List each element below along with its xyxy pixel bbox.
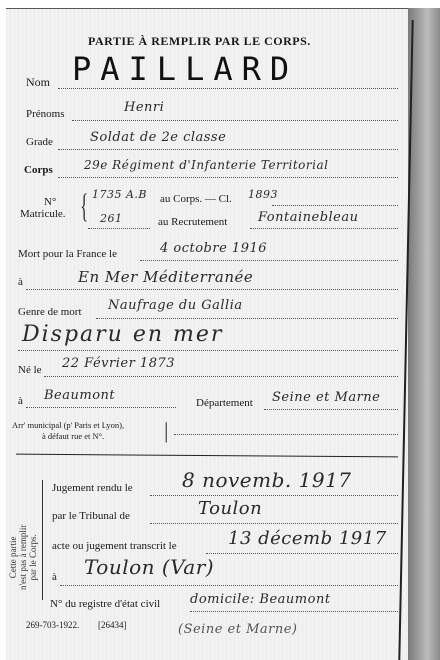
nom-label: Nom: [26, 75, 50, 90]
matricule-label: Matricule.: [20, 208, 66, 220]
arrondissement-line: [174, 434, 398, 435]
mort-a-value: En Mer Méditerranée: [78, 268, 253, 286]
tribunal-label: par le Tribunal de: [52, 510, 130, 522]
mort-a-line: [26, 289, 398, 290]
ne-le-label: Né le: [18, 364, 42, 376]
print-code: [26434]: [98, 620, 127, 630]
prenoms-line: [72, 120, 398, 121]
mort-le-value: 4 octobre 1916: [160, 241, 267, 256]
ne-a-label: à: [18, 395, 23, 407]
registre-line: [190, 611, 398, 612]
prenoms-label: Prénoms: [26, 108, 65, 120]
arrondissement-label-1: Arr' municipal (p' Paris et Lyon),: [12, 420, 124, 430]
mort-le-label: Mort pour la France le: [18, 248, 117, 260]
departement-label: Département: [196, 397, 253, 409]
transcrit-value: 13 décemb 1917: [228, 528, 387, 549]
prenoms-value: Henri: [124, 100, 164, 115]
side-note-line-3: par le Corps.: [28, 525, 38, 590]
ne-a-line: [26, 407, 176, 408]
ne-le-line: [44, 376, 398, 377]
transcrit-label: acte ou jugement transcrit le: [52, 540, 177, 552]
matricule-place-line: [250, 228, 398, 229]
side-note: Cette partie n'est pas à remplir par le …: [8, 525, 38, 590]
matricule-corps-value: 1735 A.B: [92, 188, 147, 201]
nom-line: [58, 88, 398, 89]
genre-mort-label: Genre de mort: [18, 306, 82, 318]
grade-line: [58, 149, 398, 150]
nom-value: PAILLARD: [72, 50, 298, 88]
matricule-recrutement-label: au Recrutement: [158, 216, 227, 228]
registre-value2: (Seine et Marne): [178, 622, 298, 637]
matricule-recrutement-place: Fontainebleau: [258, 210, 359, 225]
grade-value: Soldat de 2e classe: [90, 130, 226, 145]
corps-label: Corps: [24, 164, 53, 176]
jugement-brace: [42, 480, 45, 600]
matricule-brace: {: [80, 190, 88, 224]
departement-line: [264, 409, 398, 410]
transcrit-line: [206, 553, 398, 554]
mort-a-label: à: [18, 276, 23, 288]
genre-mort-line2: [18, 350, 398, 351]
jugement-rendu-value: 8 novemb. 1917: [182, 468, 352, 492]
transcrit-a-line: [60, 585, 398, 586]
jugement-rendu-label: Jugement rendu le: [52, 482, 133, 494]
form-title: PARTIE À REMPLIR PAR LE CORPS.: [88, 34, 311, 49]
transcrit-a-value: Toulon (Var): [84, 555, 214, 579]
corps-line: [58, 177, 398, 178]
jugement-rendu-line: [150, 495, 398, 496]
arrondissement-brace: |: [164, 420, 168, 442]
side-note-line-2: n'est pas à remplir: [18, 525, 28, 590]
scan-edge: [408, 8, 440, 660]
grade-label: Grade: [26, 136, 53, 148]
tribunal-value: Toulon: [198, 498, 262, 519]
arrondissement-label-2: à défaut rue et N°.: [42, 431, 104, 441]
matricule-corps-label: au Corps. — Cl.: [160, 193, 232, 205]
transcrit-a-label: à: [52, 571, 57, 583]
corps-value: 29e Régiment d'Infanterie Territorial: [84, 158, 328, 172]
matricule-classe-line: [272, 205, 398, 206]
tribunal-line: [150, 523, 398, 524]
matricule-recr-line: [88, 228, 150, 229]
registre-label: N° du registre d'état civil: [50, 598, 160, 610]
matricule-no-label: N°: [44, 196, 56, 208]
departement-value: Seine et Marne: [272, 390, 380, 405]
registre-value: domicile: Beaumont: [190, 592, 331, 607]
mort-le-line: [140, 260, 398, 261]
ne-a-value: Beaumont: [44, 388, 115, 403]
matricule-recrutement-value: 261: [100, 212, 123, 225]
genre-mort-line: [96, 318, 398, 319]
side-note-line-1: Cette partie: [8, 525, 18, 590]
genre-mort-value: Naufrage du Gallia: [108, 298, 243, 313]
print-ref: 269-703-1922.: [26, 620, 79, 630]
genre-mort-value2: Disparu en mer: [22, 322, 223, 347]
matricule-classe-value: 1893: [248, 188, 278, 201]
ne-le-value: 22 Février 1873: [62, 356, 175, 371]
